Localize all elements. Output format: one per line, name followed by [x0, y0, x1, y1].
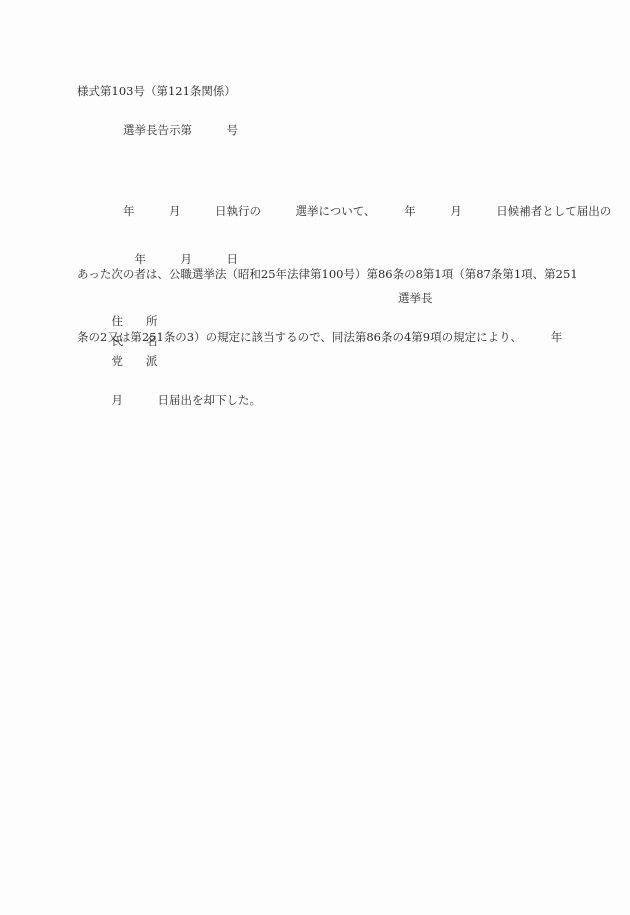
signer-title: 選挙長	[398, 293, 433, 305]
field-party: 党 派	[77, 351, 158, 371]
date-line: 年 月 日	[77, 254, 238, 266]
notice-body-line: 年 月 日執行の 選挙について、 年 月 日候補者として届出の	[77, 201, 551, 222]
notice-body-line: 月 日届出を却下した。	[77, 390, 551, 411]
notice-body: 年 月 日執行の 選挙について、 年 月 日候補者として届出の あった次の者は、…	[77, 159, 551, 453]
candidate-fields: 住 所 氏 名 党 派	[77, 311, 158, 371]
field-name: 氏 名	[77, 331, 158, 351]
notice-body-line: あった次の者は、公職選挙法（昭和25年法律第100号）第86条の8第1項（第87…	[77, 264, 551, 285]
notice-number-line: 選挙長告示第 号	[77, 125, 238, 137]
field-address: 住 所	[77, 311, 158, 331]
form-heading: 様式第103号（第121条関係）	[77, 86, 236, 98]
